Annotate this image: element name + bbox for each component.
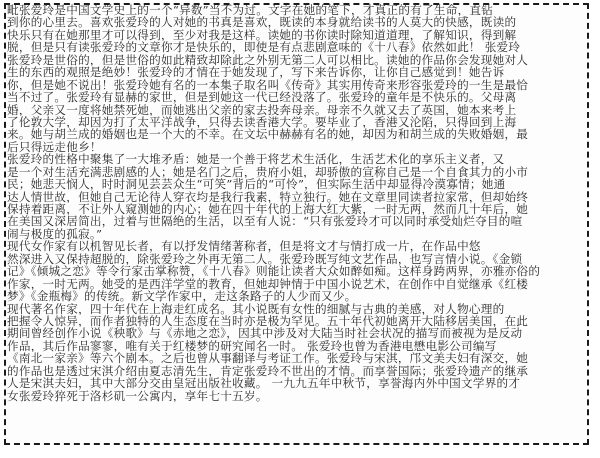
text-line: 民；她悲天悯人，时时洞见芸芸众生“可笑”背后的“可怜”，但实际生活中却显得冷漠寡… [7, 178, 589, 190]
text-line: 你，但是她不说出！张爱玲她有名的一本集子取名叫《传奇》其实用传奇来形容张爱玲的一… [7, 79, 589, 91]
text-line: 毗张爱玲是中国文学史上的一个“异数”当不为过。文字在她的笔下，才真正的有了生命，… [7, 4, 589, 16]
text-line: 《南北一家亲》等六个剧本。之后也曾从事翻译与考证工作。张爱玲与宋淇，邝文美夫妇有… [7, 352, 589, 364]
text-line: 人是宋淇夫妇，其中大部分交由皇冠出版社收藏。 一九九五年中秋节，享誉海内外中国文… [7, 377, 589, 389]
text-line: 在美国又深居简出，过着与世隔绝的生活，以至有人说：“只有张爱玲才可以同时承受灿烂… [7, 215, 589, 227]
text-line: 女张爱玲猝死于洛杉矶一公寓内，享年七十五岁。 [7, 390, 589, 402]
text-line: 期间曾经创作小说《秧歌》与《赤地之恋》，因其中涉及对大陆当时社会状况的描写而被视… [7, 327, 589, 339]
text-line: 作家，一时无两。她受的是西洋学堂的教育，但她却钟情于中国小说艺术，在创作中自觉继… [7, 278, 589, 290]
text-line: 作品，其后作品寥寥，唯有关于红楼梦的研究闻名一时。 张爱玲也曾为香港电懋电影公司… [7, 340, 589, 352]
text-line: 到你的心里去。喜欢张爱玲的人对她的书真是喜欢，既读的本身就给读书的人莫大的快感，… [7, 16, 589, 28]
text-line: 张爱玲的性格中聚集了一大堆矛盾：她是一个善于将艺术生活化，生活艺术化的享乐主义者… [7, 153, 589, 165]
text-line: 闹与极度的孤寂。” [7, 228, 589, 240]
text-line: 当不过了。张爱玲有显赫的家世，但是到她这一代已经没落了。张爱玲的童年是不快乐的。… [7, 91, 589, 103]
text-line: 生的东西的观照是绝妙！张爱玲的才情在于她发现了，写下来告诉你，让你自己感觉到！她… [7, 66, 589, 78]
text-line: 梦》《金瓶梅》的传统。新文学作家中，走这条路子的人少而又少。 [7, 290, 589, 302]
text-line: 来。她与胡兰成的婚姻也是一个大的不幸。在文坛中赫赫有名的她，却因为和胡兰成的失败… [7, 128, 589, 140]
text-line: 达人情世故，但她自己无论待人穿衣均是我行我素，特立独行。她在文章里同读者拉家常，… [7, 191, 589, 203]
text-line: 然深进入又保持超脱的，除张爱玲之外再无第二人。张爱玲既写纯文艺作品，也写言情小说… [7, 253, 589, 265]
text-line: 脱，但是只有读张爱玲的文章你才是快乐的，即使是有点悲剧意味的《十八春》依然如此！… [7, 41, 589, 53]
text-line: 现代著名作家，四十年代在上海走红成名。其小说既有女性的细腻与古典的美感，对人物心… [7, 303, 589, 315]
text-line: 现代女作家有以机智见长者，有以抒发情绪著称者，但是将文才与情打成一片，在作品中悠 [7, 240, 589, 252]
text-line: 张爱玲是世俗的，但是世俗的如此精致却除此之外别无第二人可以相比。读她的作品你会发… [7, 54, 589, 66]
text-line: 的作品也是透过宋淇介绍由夏志清先生，肯定张爱玲不世出的才情。而享誉国际；张爱玲遗… [7, 365, 589, 377]
text-line: 保持着距离，不让外人窥测她的内心；她在四十年代的上海大红大紫，一时无两，然而几十… [7, 203, 589, 215]
text-line: 了伦敦大学，却因为打了太平洋战争，只得去读香港大学。要毕业了，香港又沦陷，只得回… [7, 116, 589, 128]
text-line: 后只得远走他乡！ [7, 141, 589, 153]
text-line: 是一个对生活充满悲剧感的人；她是名门之后，贵府小姐，却骄傲的宣称自己是一个自食其… [7, 166, 589, 178]
text-line: 婚，父亲又一度将她禁死她，而她逃出父亲的家去投奔母亲。母亲不久就又去了英国，她本… [7, 104, 589, 116]
text-line: 快乐只有在她那里才可以得到，至少对我是这样。读她的书你读时除知道道理，了解知识，… [7, 29, 589, 41]
document-page: 毗张爱玲是中国文学史上的一个“异数”当不为过。文字在她的笔下，才真正的有了生命，… [7, 4, 589, 402]
text-line: 把握令人惊异，而作者独特的人生态度在当时亦是极为罕见。五十年代初她离开大陆移居美… [7, 315, 589, 327]
text-line: 记》《倾城之恋》等令行家击掌称赞，《十八春》则能让读者大众如醉如痴。这样身跨两界… [7, 265, 589, 277]
